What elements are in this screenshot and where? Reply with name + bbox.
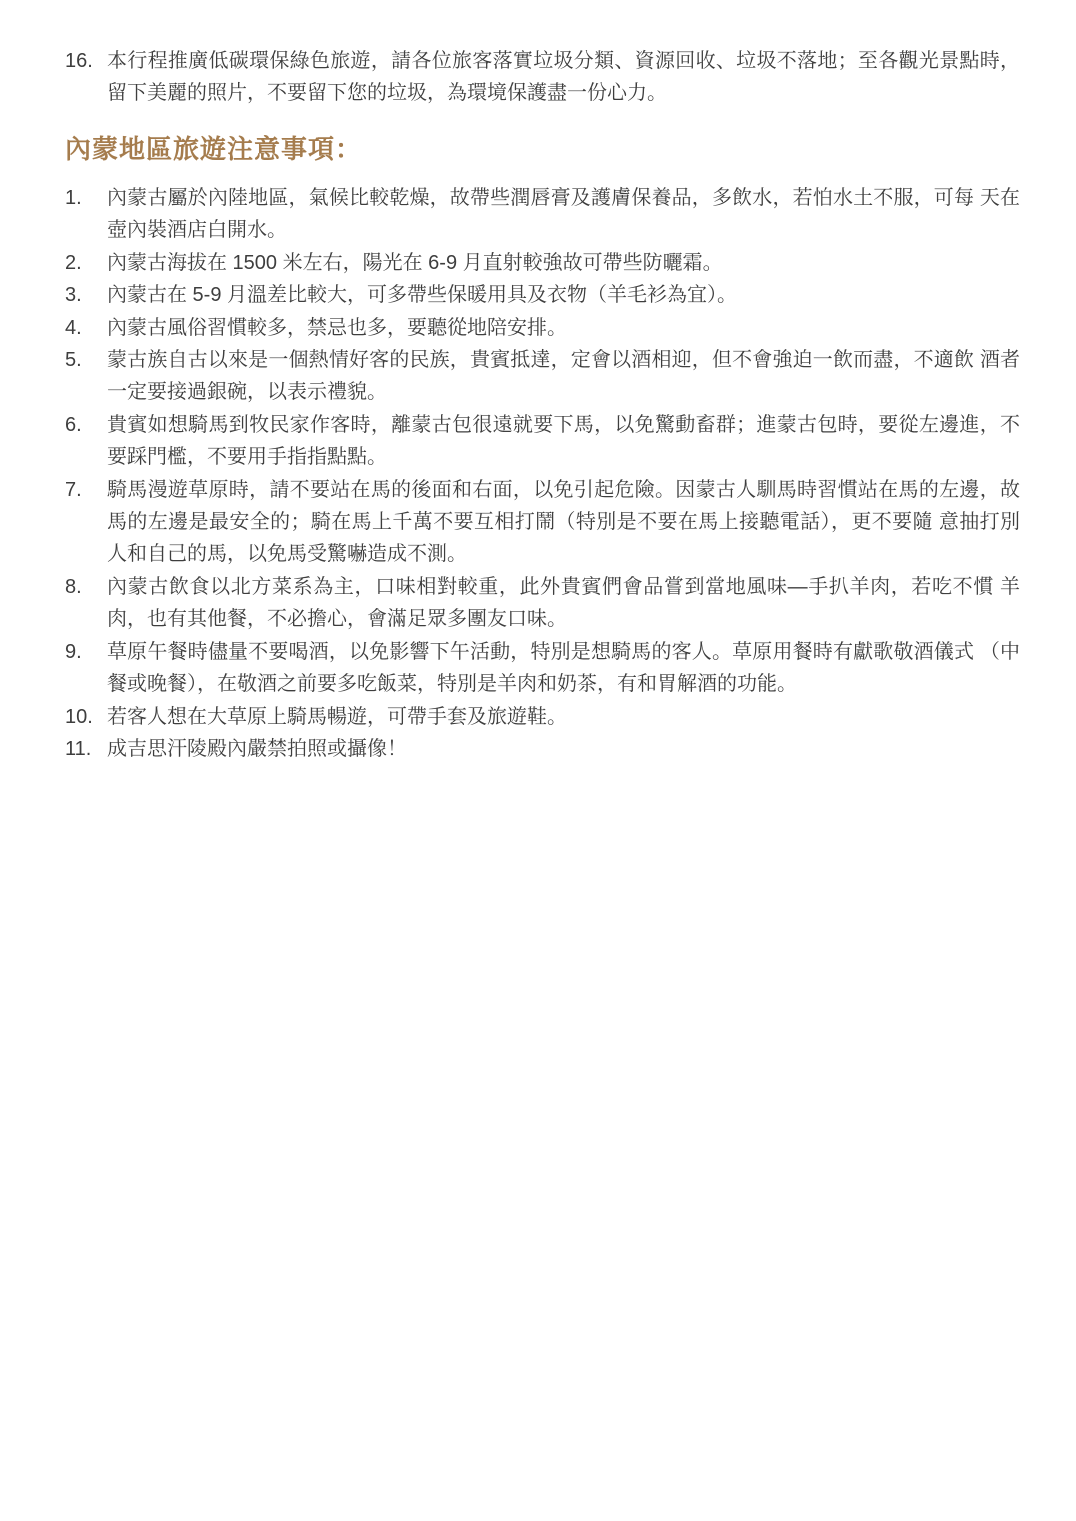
list-item-number: 6.: [65, 409, 107, 474]
list-item-text: 成吉思汗陵殿內嚴禁拍照或攝像！: [107, 733, 1020, 765]
list-item: 10. 若客人想在大草原上騎馬暢遊，可帶手套及旅遊鞋。: [65, 701, 1020, 733]
list-item-number: 11.: [65, 733, 107, 765]
list-item: 11. 成吉思汗陵殿內嚴禁拍照或攝像！: [65, 733, 1020, 765]
list-item-number: 3.: [65, 279, 107, 311]
list-item-text: 蒙古族自古以來是一個熱情好客的民族，貴賓抵達，定會以酒相迎，但不會強迫一飲而盡，…: [107, 344, 1020, 409]
list-item: 5. 蒙古族自古以來是一個熱情好客的民族，貴賓抵達，定會以酒相迎，但不會強迫一飲…: [65, 344, 1020, 409]
list-item-number: 7.: [65, 474, 107, 571]
list-item-text: 內蒙古屬於內陸地區，氣候比較乾燥，故帶些潤唇膏及護膚保養品，多飲水，若怕水土不服…: [107, 182, 1020, 247]
list-item: 4. 內蒙古風俗習慣較多，禁忌也多，要聽從地陪安排。: [65, 312, 1020, 344]
list-item-number: 4.: [65, 312, 107, 344]
list-item: 6. 貴賓如想騎馬到牧民家作客時，離蒙古包很遠就要下馬，以免驚動畜群；進蒙古包時…: [65, 409, 1020, 474]
notes-list: 1. 內蒙古屬於內陸地區，氣候比較乾燥，故帶些潤唇膏及護膚保養品，多飲水，若怕水…: [65, 182, 1020, 765]
list-item-number: 8.: [65, 571, 107, 636]
list-item-number: 2.: [65, 247, 107, 279]
list-item-text: 騎馬漫遊草原時，請不要站在馬的後面和右面，以免引起危險。因蒙古人馴馬時習慣站在馬…: [107, 474, 1020, 571]
list-item: 9. 草原午餐時儘量不要喝酒，以免影響下午活動，特別是想騎馬的客人。草原用餐時有…: [65, 636, 1020, 701]
list-item-number: 5.: [65, 344, 107, 409]
list-item-text: 若客人想在大草原上騎馬暢遊，可帶手套及旅遊鞋。: [107, 701, 1020, 733]
intro-list-item: 16. 本行程推廣低碳環保綠色旅遊，請各位旅客落實垃圾分類、資源回收、垃圾不落地…: [65, 45, 1020, 110]
list-item-number: 9.: [65, 636, 107, 701]
list-item-text: 內蒙古飲食以北方菜系為主，口味相對較重，此外貴賓們會品嘗到當地風味—手扒羊肉，若…: [107, 571, 1020, 636]
list-item: 3. 內蒙古在 5-9 月溫差比較大，可多帶些保暖用具及衣物（羊毛衫為宜）。: [65, 279, 1020, 311]
list-item-text: 貴賓如想騎馬到牧民家作客時，離蒙古包很遠就要下馬，以免驚動畜群；進蒙古包時，要從…: [107, 409, 1020, 474]
list-item: 2. 內蒙古海拔在 1500 米左右，陽光在 6-9 月直射較強故可帶些防曬霜。: [65, 247, 1020, 279]
list-item-text: 內蒙古在 5-9 月溫差比較大，可多帶些保暖用具及衣物（羊毛衫為宜）。: [107, 279, 1020, 311]
list-item-text: 內蒙古海拔在 1500 米左右，陽光在 6-9 月直射較強故可帶些防曬霜。: [107, 247, 1020, 279]
list-item-number: 1.: [65, 182, 107, 247]
list-item-text: 內蒙古風俗習慣較多，禁忌也多，要聽從地陪安排。: [107, 312, 1020, 344]
list-item-text: 草原午餐時儘量不要喝酒，以免影響下午活動，特別是想騎馬的客人。草原用餐時有獻歌敬…: [107, 636, 1020, 701]
list-item-text: 本行程推廣低碳環保綠色旅遊，請各位旅客落實垃圾分類、資源回收、垃圾不落地；至各觀…: [107, 45, 1020, 110]
list-item: 7. 騎馬漫遊草原時，請不要站在馬的後面和右面，以免引起危險。因蒙古人馴馬時習慣…: [65, 474, 1020, 571]
section-heading: 內蒙地區旅遊注意事項：: [65, 134, 1020, 165]
list-item-number: 16.: [65, 45, 107, 110]
list-item: 8. 內蒙古飲食以北方菜系為主，口味相對較重，此外貴賓們會品嘗到當地風味—手扒羊…: [65, 571, 1020, 636]
list-item: 1. 內蒙古屬於內陸地區，氣候比較乾燥，故帶些潤唇膏及護膚保養品，多飲水，若怕水…: [65, 182, 1020, 247]
list-item-number: 10.: [65, 701, 107, 733]
document-page: 16. 本行程推廣低碳環保綠色旅遊，請各位旅客落實垃圾分類、資源回收、垃圾不落地…: [0, 0, 1076, 765]
